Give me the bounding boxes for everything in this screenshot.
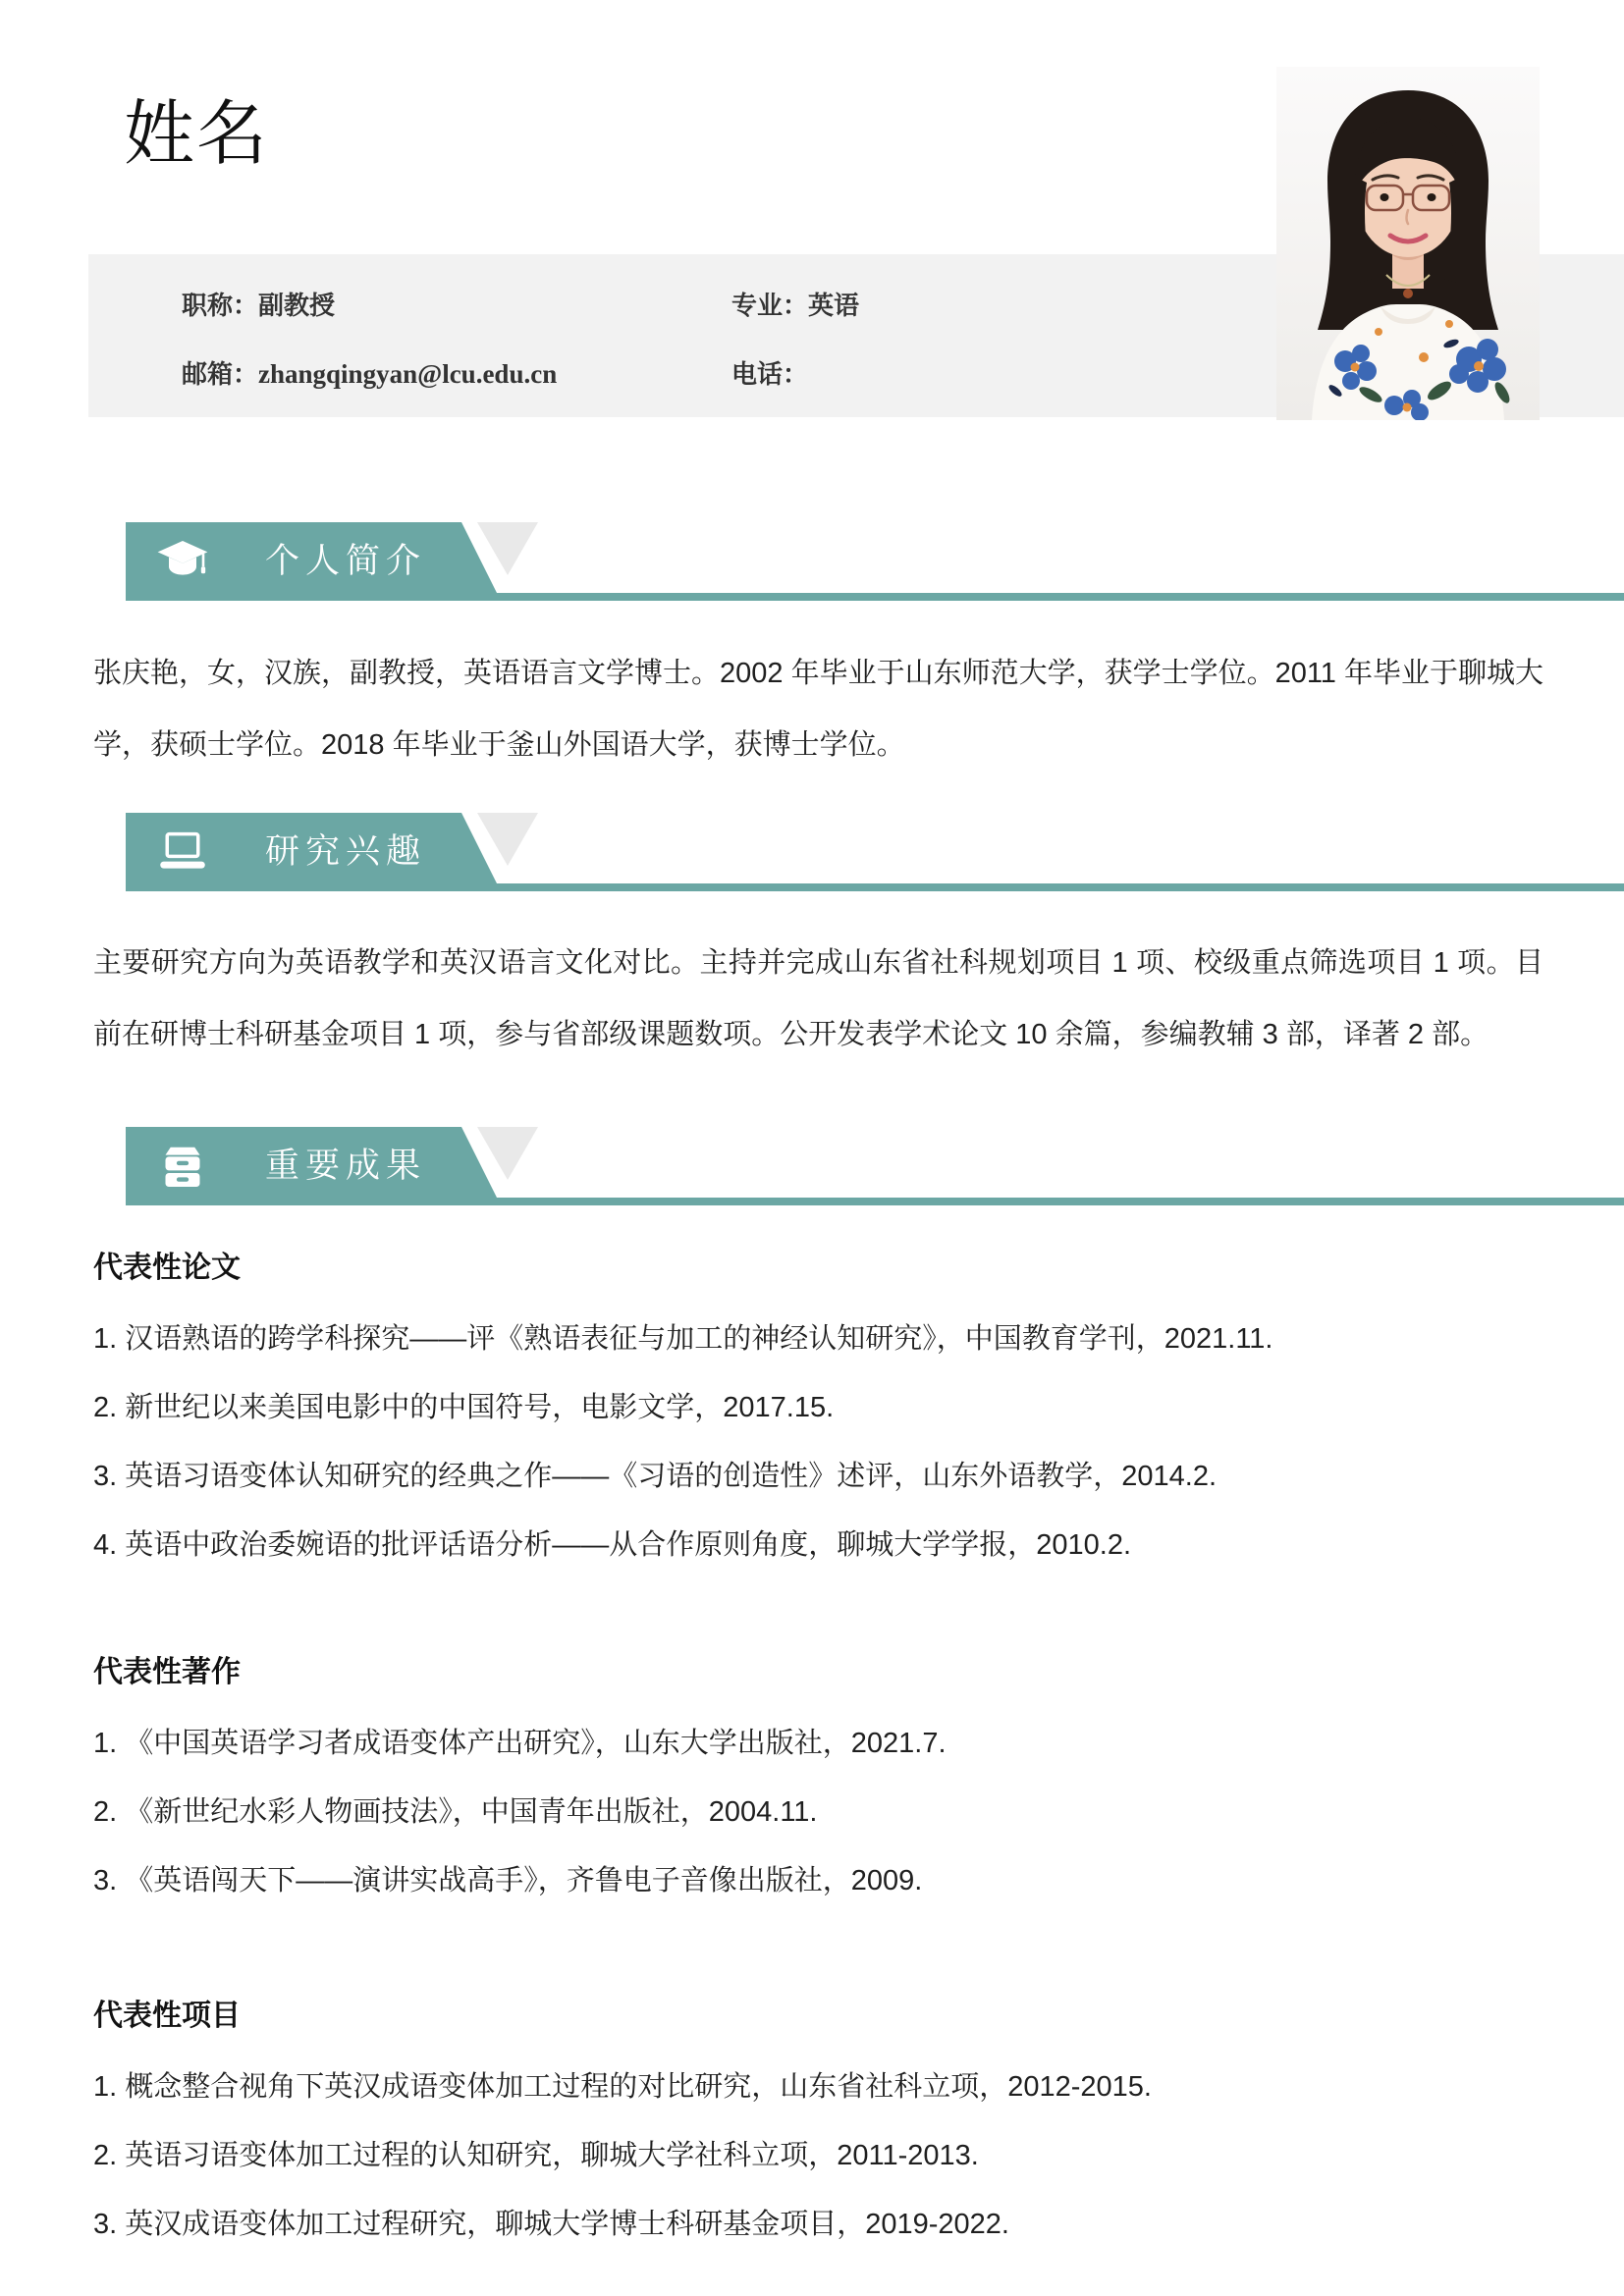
section-banner: 个人简介 — [126, 522, 501, 601]
books-group: 代表性著作 1. 《中国英语学习者成语变体产出研究》，山东大学出版社，2021.… — [93, 1653, 1546, 1930]
section-title: 个人简介 — [265, 534, 426, 583]
section-header-research-interests: 研究兴趣 — [126, 813, 1624, 891]
section-header-profile: 个人简介 — [126, 522, 1624, 601]
papers-group: 代表性论文 1. 汉语熟语的跨学科探究——评《熟语表征与加工的神经认知研究》，中… — [93, 1249, 1546, 1594]
field-phone: 电话： — [731, 354, 808, 391]
field-label: 邮箱： — [182, 359, 258, 389]
banner-triangle-decoration — [477, 522, 538, 575]
archive-drawer-icon — [155, 1139, 210, 1194]
group-heading: 代表性著作 — [93, 1653, 1546, 1692]
banner-triangle-decoration — [477, 813, 538, 866]
portrait-illustration — [1276, 67, 1540, 420]
field-job-title: 职称：副教授 — [182, 286, 335, 322]
field-email: 邮箱：zhangqingyan@lcu.edu.cn — [182, 354, 557, 391]
banner-triangle-decoration — [477, 1127, 538, 1180]
field-value: 副教授 — [258, 291, 335, 320]
field-label: 电话： — [731, 359, 808, 389]
group-heading: 代表性论文 — [93, 1249, 1546, 1288]
list-item: 1. 汉语熟语的跨学科探究——评《熟语表征与加工的神经认知研究》，中国教育学刊，… — [93, 1319, 1546, 1359]
section-header-achievements: 重要成果 — [126, 1127, 1624, 1205]
field-label: 专业： — [731, 291, 808, 320]
projects-group: 代表性项目 1. 概念整合视角下英汉成语变体加工过程的对比研究，山东省社科立项，… — [93, 1997, 1546, 2273]
laptop-icon — [155, 825, 210, 880]
section-banner: 研究兴趣 — [126, 813, 501, 891]
list-item: 2. 新世纪以来美国电影中的中国符号，电影文学，2017.15. — [93, 1388, 1546, 1427]
resume-page: 姓名 职称：副教授 专业：英语 邮箱：zhangqingyan@lcu.edu.… — [0, 0, 1624, 2296]
email-value: zhangqingyan@lcu.edu.cn — [258, 359, 557, 389]
section-title: 研究兴趣 — [265, 825, 426, 874]
section-banner: 重要成果 — [126, 1127, 501, 1205]
list-item: 3. 英语习语变体认知研究的经典之作——《习语的创造性》述评，山东外语教学，20… — [93, 1457, 1546, 1496]
field-value: 英语 — [808, 291, 859, 320]
research-interests-paragraph: 主要研究方向为英语教学和英汉语言文化对比。主持并完成山东省社科规划项目 1 项、… — [93, 928, 1543, 1071]
field-label: 职称： — [182, 291, 258, 320]
list-item: 4. 英语中政治委婉语的批评话语分析——从合作原则角度，聊城大学学报，2010.… — [93, 1525, 1546, 1565]
list-item: 1. 概念整合视角下英汉成语变体加工过程的对比研究，山东省社科立项，2012-2… — [93, 2067, 1546, 2107]
list-item: 3. 英汉成语变体加工过程研究，聊城大学博士科研基金项目，2019-2022. — [93, 2205, 1546, 2244]
section-underline — [126, 593, 1624, 601]
list-item: 3. 《英语闯天下——演讲实战高手》，齐鲁电子音像出版社，2009. — [93, 1861, 1546, 1900]
profile-photo — [1276, 67, 1540, 420]
section-title: 重要成果 — [265, 1139, 426, 1188]
graduation-cap-icon — [155, 534, 210, 589]
list-item: 1. 《中国英语学习者成语变体产出研究》，山东大学出版社，2021.7. — [93, 1724, 1546, 1763]
section-underline — [126, 883, 1624, 891]
section-underline — [126, 1198, 1624, 1205]
field-major: 专业：英语 — [731, 286, 859, 322]
list-item: 2. 英语习语变体加工过程的认知研究，聊城大学社科立项，2011-2013. — [93, 2136, 1546, 2175]
list-item: 2. 《新世纪水彩人物画技法》，中国青年出版社，2004.11. — [93, 1792, 1546, 1832]
profile-paragraph: 张庆艳，女，汉族，副教授，英语语言文学博士。2002 年毕业于山东师范大学，获学… — [93, 638, 1543, 781]
page-title: 姓名 — [124, 94, 269, 176]
group-heading: 代表性项目 — [93, 1997, 1546, 2036]
